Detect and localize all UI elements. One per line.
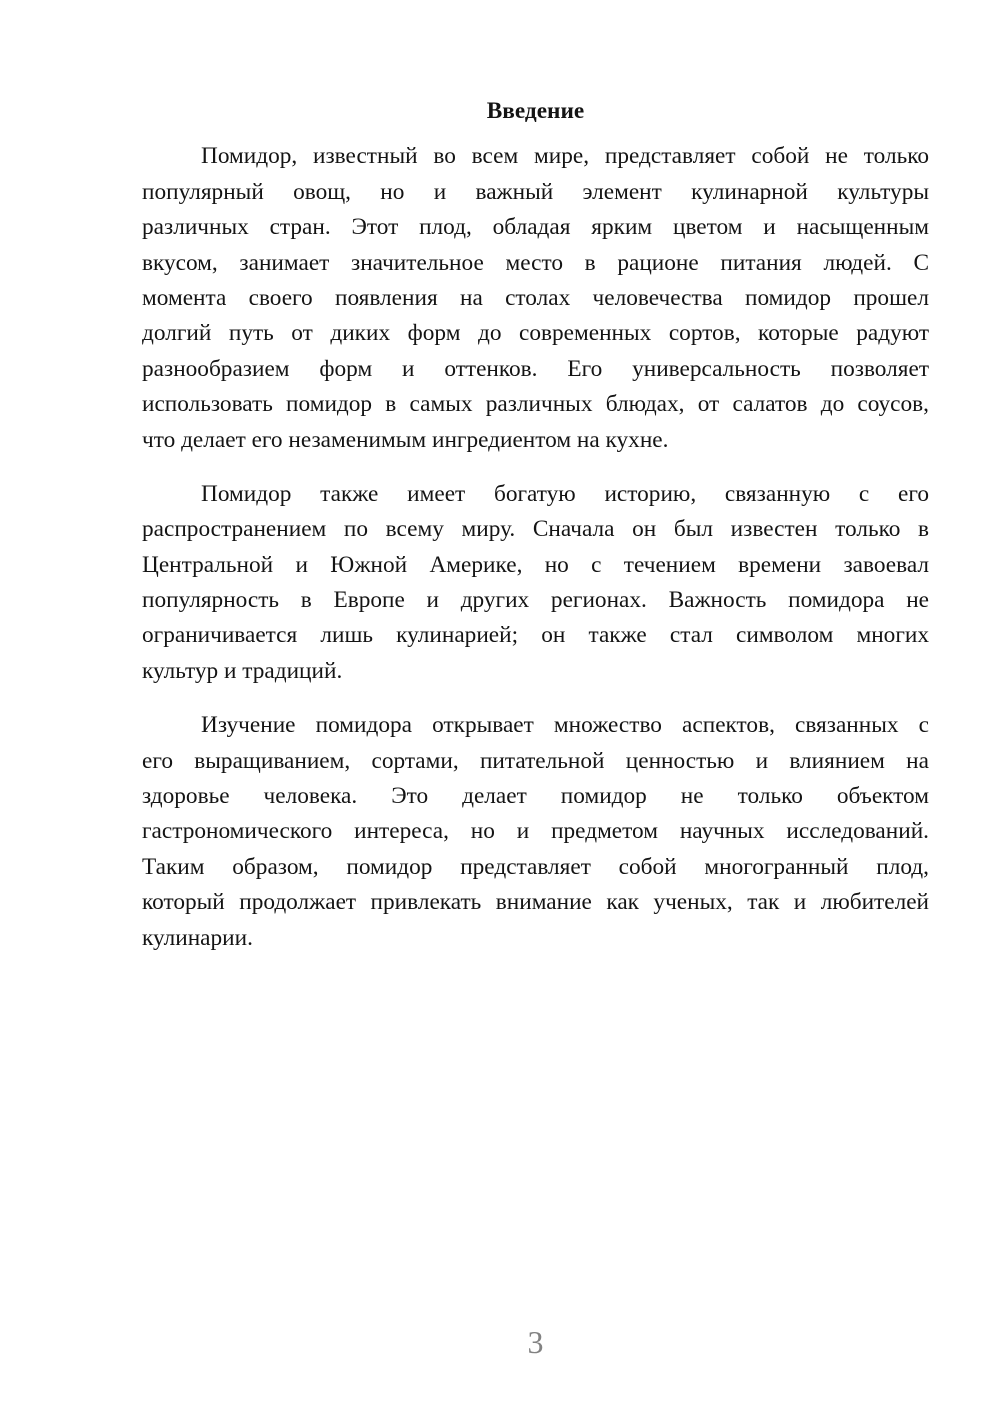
text-line: кулинарии. [142,921,929,956]
text-line: который продолжает привлекать внимание к… [142,885,929,920]
text-line: популярность в Европе и других регионах.… [142,583,929,618]
paragraph: Помидор также имеет богатую историю, свя… [142,477,929,689]
text-line: популярный овощ, но и важный элемент кул… [142,175,929,210]
text-line: различных стран. Этот плод, обладая ярки… [142,210,929,245]
text-line: разнообразием форм и оттенков. Его униве… [142,352,929,387]
text-line: Центральной и Южной Америке, но с течени… [142,548,929,583]
paragraphs-container: Помидор, известный во всем мире, предста… [142,139,929,956]
text-line: что делает его незаменимым ингредиентом … [142,423,929,458]
page-number: 3 [142,1324,929,1360]
text-line: долгий путь от диких форм до современных… [142,316,929,351]
paragraph: Помидор, известный во всем мире, предста… [142,139,929,458]
text-line: Изучение помидора открывает множество ас… [142,708,929,743]
page-title: Введение [142,94,929,129]
text-line: Таким образом, помидор представляет собо… [142,850,929,885]
text-line: Помидор также имеет богатую историю, свя… [142,477,929,512]
document-page: Введение Помидор, известный во всем мире… [0,0,1000,1414]
document-content: Введение Помидор, известный во всем мире… [142,94,929,975]
text-line: момента своего появления на столах челов… [142,281,929,316]
text-line: здоровье человека. Это делает помидор не… [142,779,929,814]
text-line: его выращиванием, сортами, питательной ц… [142,744,929,779]
text-line: гастрономического интереса, но и предмет… [142,814,929,849]
text-line: распространением по всему миру. Сначала … [142,512,929,547]
text-line: культур и традиций. [142,654,929,689]
text-line: ограничивается лишь кулинарией; он также… [142,618,929,653]
text-line: вкусом, занимает значительное место в ра… [142,246,929,281]
text-line: Помидор, известный во всем мире, предста… [142,139,929,174]
paragraph: Изучение помидора открывает множество ас… [142,708,929,956]
text-line: использовать помидор в самых различных б… [142,387,929,422]
